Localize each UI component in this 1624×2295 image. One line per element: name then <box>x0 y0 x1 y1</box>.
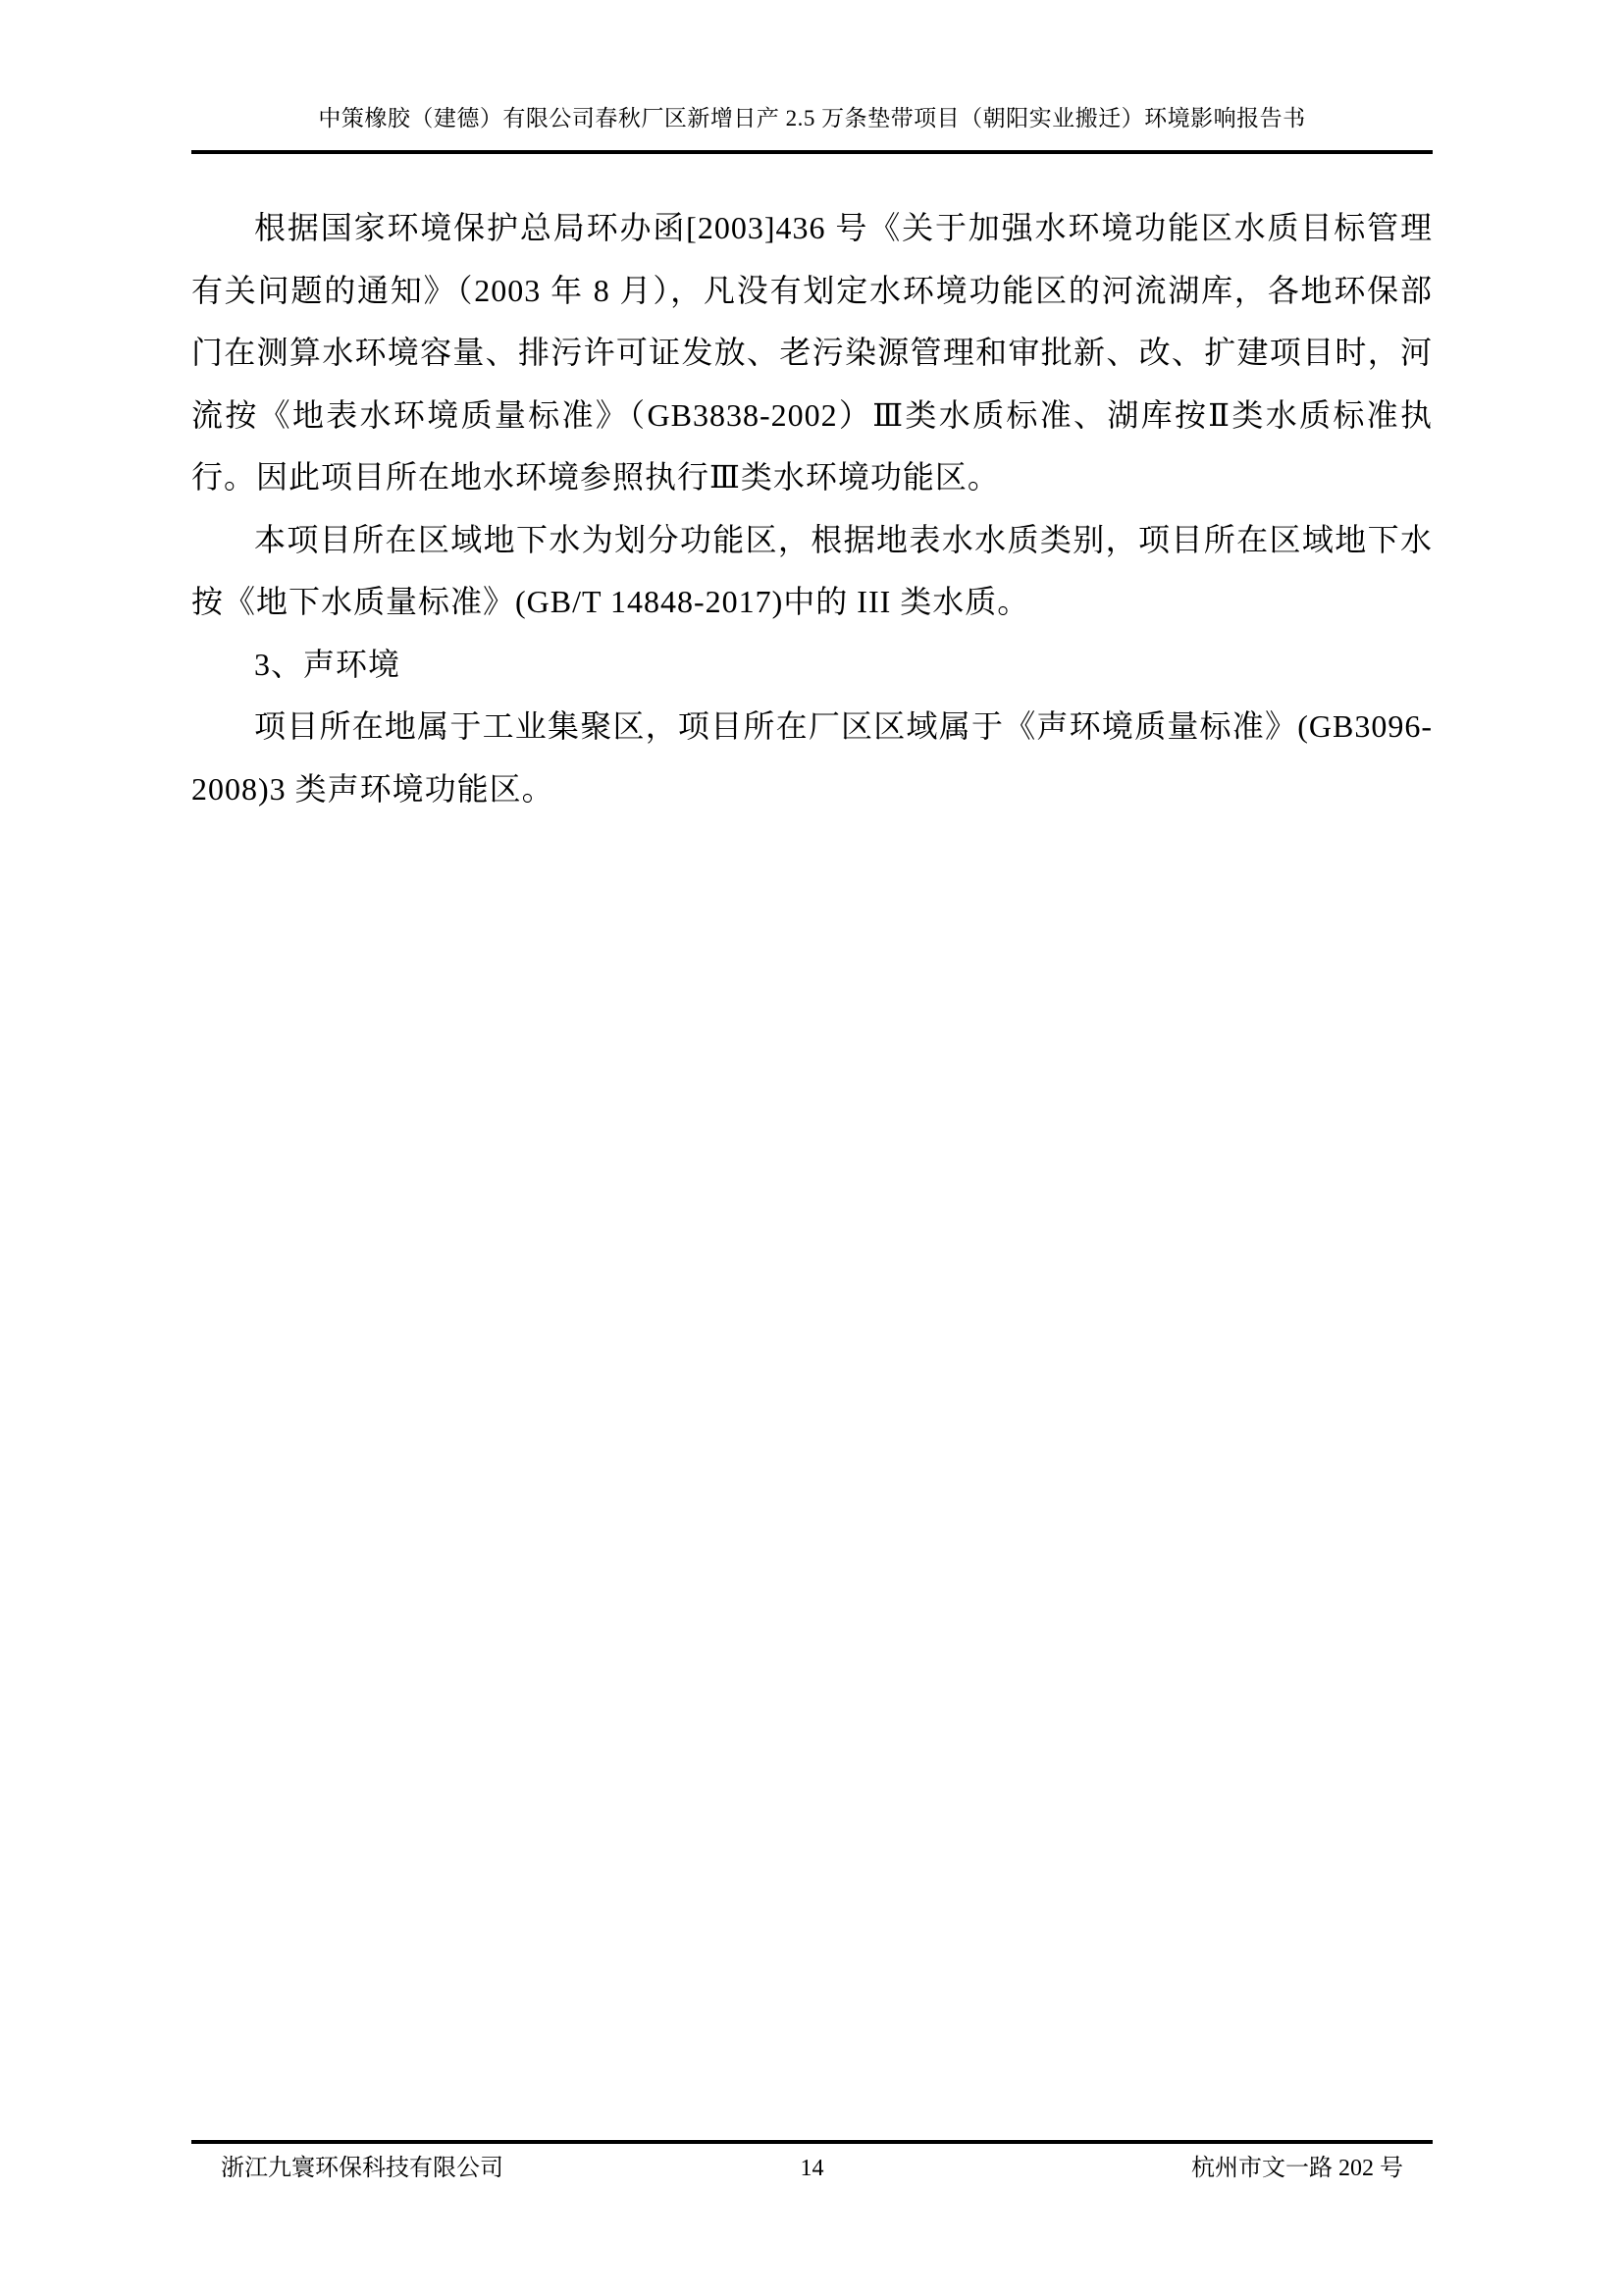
header-rule <box>191 150 1433 154</box>
page-footer: 浙江九寰环保科技有限公司 14 杭州市文一路 202 号 <box>191 2140 1433 2183</box>
footer-rule <box>191 2140 1433 2144</box>
footer-row: 浙江九寰环保科技有限公司 14 杭州市文一路 202 号 <box>191 2154 1433 2183</box>
footer-address: 杭州市文一路 202 号 <box>824 2154 1404 2183</box>
paragraph-acoustic-function-zone: 项目所在地属于工业集聚区，项目所在厂区区域属于《声环境质量标准》(GB3096-… <box>191 696 1433 820</box>
page-number: 14 <box>801 2154 824 2183</box>
header-title: 中策橡胶（建德）有限公司春秋厂区新增日产 2.5 万条垫带项目（朝阳实业搬迁）环… <box>191 104 1433 133</box>
paragraph-groundwater-quality: 本项目所在区域地下水为划分功能区，根据地表水水质类别，项目所在区域地下水按《地下… <box>191 509 1433 634</box>
footer-company-name: 浙江九寰环保科技有限公司 <box>221 2154 801 2183</box>
document-body: 根据国家环境保护总局环办函[2003]436 号《关于加强水环境功能区水质目标管… <box>191 197 1433 820</box>
document-page: 中策橡胶（建德）有限公司春秋厂区新增日产 2.5 万条垫带项目（朝阳实业搬迁）环… <box>0 0 1624 2295</box>
paragraph-surface-water-function: 根据国家环境保护总局环办函[2003]436 号《关于加强水环境功能区水质目标管… <box>191 197 1433 509</box>
heading-acoustic-environment: 3、声环境 <box>191 634 1433 697</box>
page-header: 中策橡胶（建德）有限公司春秋厂区新增日产 2.5 万条垫带项目（朝阳实业搬迁）环… <box>191 104 1433 154</box>
